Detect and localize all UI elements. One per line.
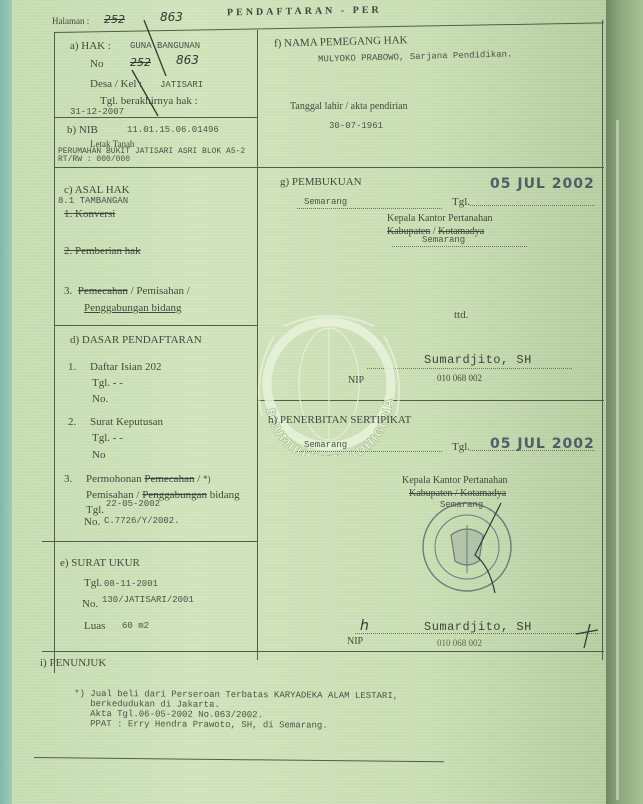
nama-pemegang-label: f) NAMA PEMEGANG HAK xyxy=(274,34,408,49)
divider-b-c xyxy=(54,167,604,168)
background-right-edge xyxy=(606,0,643,804)
page-title: PENDAFTARAN - PER xyxy=(227,5,382,19)
penerbitan-label: h) PENERBITAN SERTIPIKAT xyxy=(268,414,411,426)
penerbitan-signer: Sumardjito, SH xyxy=(424,620,532,634)
asal-hak-item-1: 1. Konversi xyxy=(64,208,115,220)
pembukuan-office-1: Kepala Kantor Pertanahan xyxy=(387,213,493,224)
initial-check-mark-icon xyxy=(572,620,602,650)
bottom-border xyxy=(34,757,444,762)
rtrw-value: RT/RW : 000/000 xyxy=(58,155,130,164)
divider-e-i xyxy=(42,651,604,652)
asal-hak-label: c) ASAL HAK xyxy=(64,184,130,196)
penerbitan-place: Semarang xyxy=(304,440,347,450)
penerbitan-nip-value: 010 068 002 xyxy=(437,638,482,648)
asal-hak-item-2: 2. Pemberian hak xyxy=(64,245,141,257)
dasar-pendaftaran-label: d) DASAR PENDAFTARAN xyxy=(70,334,202,346)
dasar-item-1-tgl: Tgl. - - xyxy=(92,377,123,389)
halaman-label: Halaman : xyxy=(52,16,89,26)
right-border xyxy=(602,20,603,660)
asal-hak-typed: 8.1 TAMBANGAN xyxy=(58,196,128,206)
surat-ukur-label: e) SURAT UKUR xyxy=(60,557,140,569)
divider-d-e xyxy=(42,541,258,542)
dasar-item-2-no: No xyxy=(92,449,105,461)
dasar-item-2-title: Surat Keputusan xyxy=(90,416,163,428)
certificate-page: PENDAFTARAN - PER Halaman : 252 863 a) H… xyxy=(12,0,608,804)
luas-label: Luas xyxy=(84,620,105,632)
dasar-item-3-tgl-value: 22-05-2002 xyxy=(106,499,160,509)
official-seal-icon xyxy=(417,495,527,595)
pembukuan-signer: Sumardjito, SH xyxy=(424,353,532,367)
dasar-item-3-num: 3. xyxy=(64,473,72,485)
divider-c-d xyxy=(54,325,258,326)
dasar-item-3-tgl-label: Tgl. xyxy=(86,504,104,516)
pen-strike-mark xyxy=(122,20,182,120)
pembukuan-stamp-date: 05 JUL 2002 xyxy=(490,176,595,192)
pembukuan-tgl-label: Tgl. xyxy=(452,196,470,208)
tgl-berakhir-value: 31-12-2007 xyxy=(70,107,124,117)
hak-no-label: No xyxy=(90,58,103,70)
penerbitan-stamp-date: 05 JUL 2002 xyxy=(490,436,595,452)
left-border xyxy=(54,33,55,673)
city-dotted-line xyxy=(392,246,527,247)
surat-ukur-no-label: No. xyxy=(82,598,98,610)
luas-value: 60 m2 xyxy=(122,621,149,631)
dasar-item-1-no: No. xyxy=(92,393,108,405)
dasar-item-3-no-value: C.7726/Y/2002. xyxy=(104,516,180,526)
place-dotted-line xyxy=(297,208,442,209)
dasar-item-3-title: Permohonan Pemecahan / *) xyxy=(86,473,211,485)
nib-label: b) NIB xyxy=(67,124,98,136)
dob-value: 30-07-1961 xyxy=(329,121,383,131)
pembukuan-city: Semarang xyxy=(422,235,465,245)
penerbitan-tgl-label: Tgl. xyxy=(452,441,470,453)
dob-label: Tanggal lahir / akta pendirian xyxy=(290,101,408,112)
holder-name: MULYOKO PRABOWO, Sarjana Pendidikan. xyxy=(318,49,513,64)
penerbitan-office-1: Kepala Kantor Pertanahan xyxy=(402,475,508,486)
surat-ukur-no-value: 130/JATISARI/2001 xyxy=(102,595,194,605)
pembukuan-nip-value: 010 068 002 xyxy=(437,373,482,383)
dasar-item-3-no-label: No. xyxy=(84,516,100,528)
tgl-dotted-line xyxy=(470,205,595,206)
asal-hak-item-3-line2: Penggabungan bidang xyxy=(84,302,181,314)
h-signer-dotted-line xyxy=(355,633,598,634)
hak-label: a) HAK : xyxy=(70,40,111,52)
pembukuan-place: Semarang xyxy=(304,197,347,207)
dasar-item-1-num: 1. xyxy=(68,361,76,373)
surat-ukur-tgl-label: Tgl. xyxy=(84,577,102,589)
dasar-item-1-title: Daftar Isian 202 xyxy=(90,361,161,373)
ttd-label: ttd. xyxy=(454,309,468,321)
h-place-dotted-line xyxy=(297,451,442,452)
dasar-item-2-tgl: Tgl. - - xyxy=(92,432,123,444)
surat-ukur-tgl-value: 08-11-2001 xyxy=(104,579,158,589)
pembukuan-label: g) PEMBUKUAN xyxy=(280,176,362,188)
dasar-item-2-num: 2. xyxy=(68,416,76,428)
watermark-emblem-icon: BHUMIBHAKTI ADHIGUNA xyxy=(244,306,414,456)
penunjuk-label: i) PENUNJUK xyxy=(40,657,106,669)
signature-initial: h xyxy=(360,618,369,634)
asal-hak-item-3: 3. Pemecahan / Pemisahan / xyxy=(64,285,190,297)
nib-value: 11.01.15.06.01496 xyxy=(127,125,219,135)
penerbitan-nip-label: NIP xyxy=(347,636,363,647)
penunjuk-notes: *) Jual beli dari Perseroan Terbatas KAR… xyxy=(74,689,398,731)
